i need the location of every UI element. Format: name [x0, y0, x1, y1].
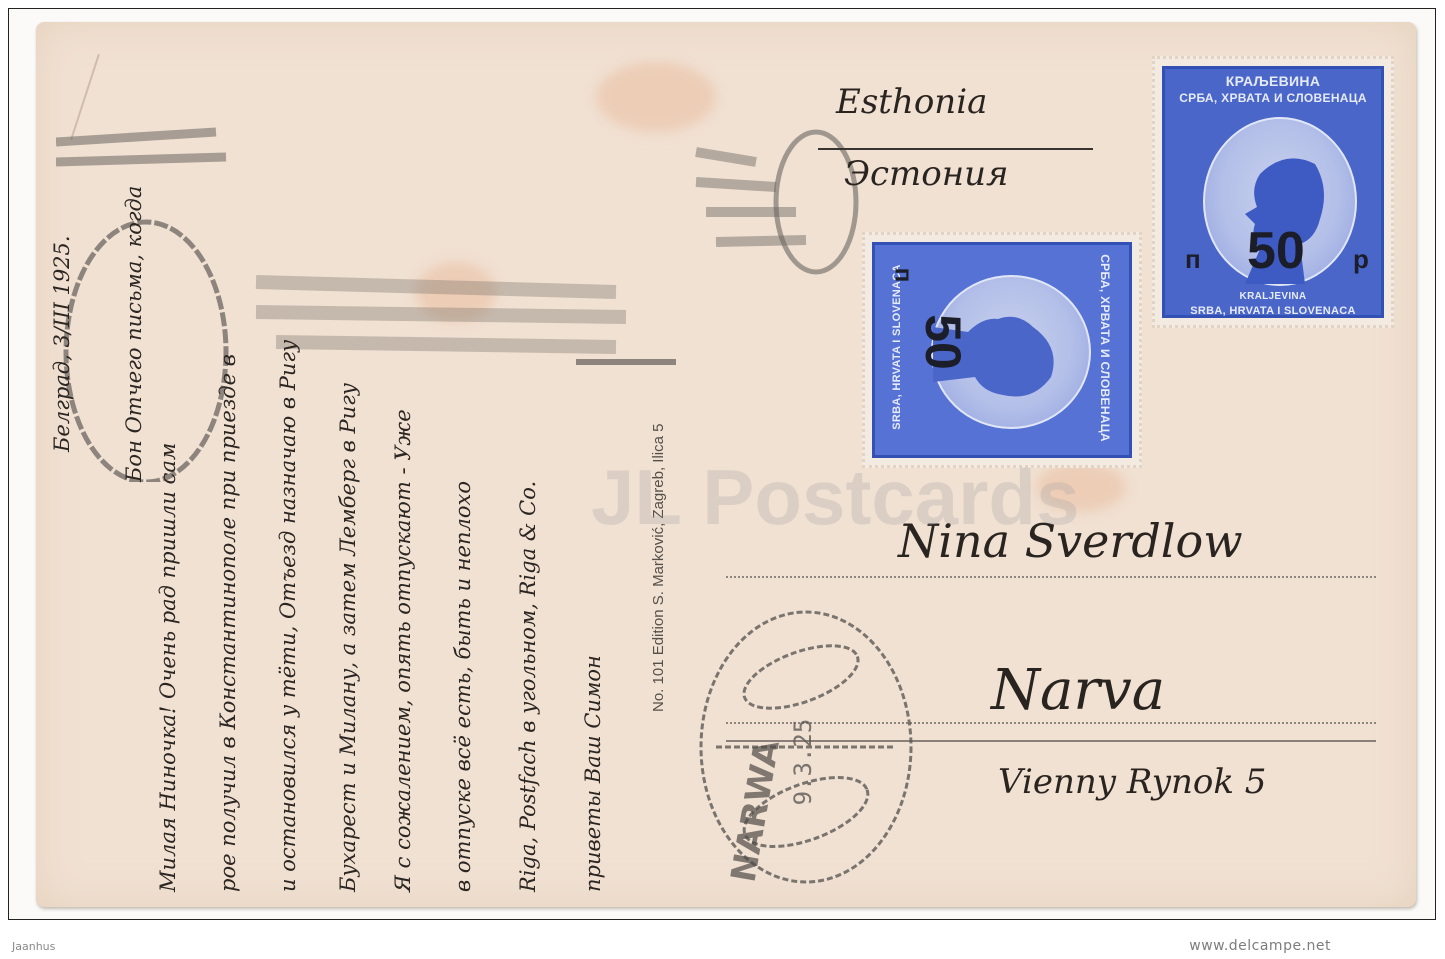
message-line: приветы Ваш Симон	[581, 655, 605, 892]
stamp-country-top: СРБА, ХРВАТА И СЛОВЕНАЦА	[1165, 91, 1381, 105]
svg-text:NARWA: NARWA	[724, 736, 788, 885]
arrival-postmark: 9.3.25 NARWA	[686, 582, 916, 902]
message-line: Белград, 3/III 1925.	[50, 235, 74, 452]
stamp-country-top: КРАЉЕВИНА	[1165, 73, 1381, 89]
address-line	[726, 576, 1376, 578]
message-line: рое получил в Константинополе при приезд…	[216, 354, 240, 892]
message-line: Я с сожалением, опять отпускают - Уже	[391, 409, 415, 892]
cancellation-marks	[56, 62, 956, 482]
stamp-country-bottom: SRBA, HRVATA I SLOVENACA	[1165, 305, 1381, 317]
site-caption: www.delcampe.net	[1189, 938, 1331, 954]
message-line: Бухарест и Милану, а затем Лемберг в Риг…	[336, 383, 360, 892]
postcard: Белград, 3/III 1925. Бон Отчего письма, …	[36, 22, 1416, 907]
surcharge-prefix: п	[888, 268, 916, 283]
postage-stamp: СРБА, ХРВАТА И СЛОВЕНАЦА SRBA, HRVATA I …	[862, 232, 1142, 468]
postage-stamp: КРАЉЕВИНА СРБА, ХРВАТА И СЛОВЕНАЦА KRALJ…	[1152, 56, 1394, 328]
destination-country-latin: Esthonia	[836, 82, 987, 122]
message-line: Бон Отчего письма, когда	[122, 186, 146, 482]
photographer-caption: Jaanhus	[12, 940, 55, 953]
underline	[818, 148, 1093, 150]
svg-text:9.3.25: 9.3.25	[789, 719, 817, 806]
stamp-side-border: СРБА, ХРВАТА И СЛОВЕНАЦА	[1087, 249, 1123, 469]
message-line: и остановился у тёти, Отъезд назначаю в …	[276, 340, 300, 892]
stamp-country-top: СРБА, ХРВАТА И СЛОВЕНАЦА	[1098, 238, 1112, 458]
recipient-street: Vienny Rynok 5	[998, 762, 1266, 802]
recipient-city: Narva	[991, 658, 1165, 723]
stamp-country-bottom: KRALJEVINA	[1165, 291, 1381, 302]
surcharge-value: 50	[1247, 221, 1305, 281]
message-line: Riga, Postfach в угольном, Riga & Co.	[516, 481, 540, 892]
watermark: JL Postcards	[591, 452, 1079, 543]
surcharge-prefix: п	[1185, 244, 1201, 275]
message-line: Милая Ниночка! Очень рад пришли сам	[156, 443, 180, 892]
destination-country-cyrillic: Эстония	[844, 154, 1009, 194]
surcharge-value: 50	[914, 314, 972, 370]
message-line: в отпуске всё есть, быть и неплохо	[451, 481, 475, 892]
surcharge-suffix: р	[1353, 244, 1369, 275]
